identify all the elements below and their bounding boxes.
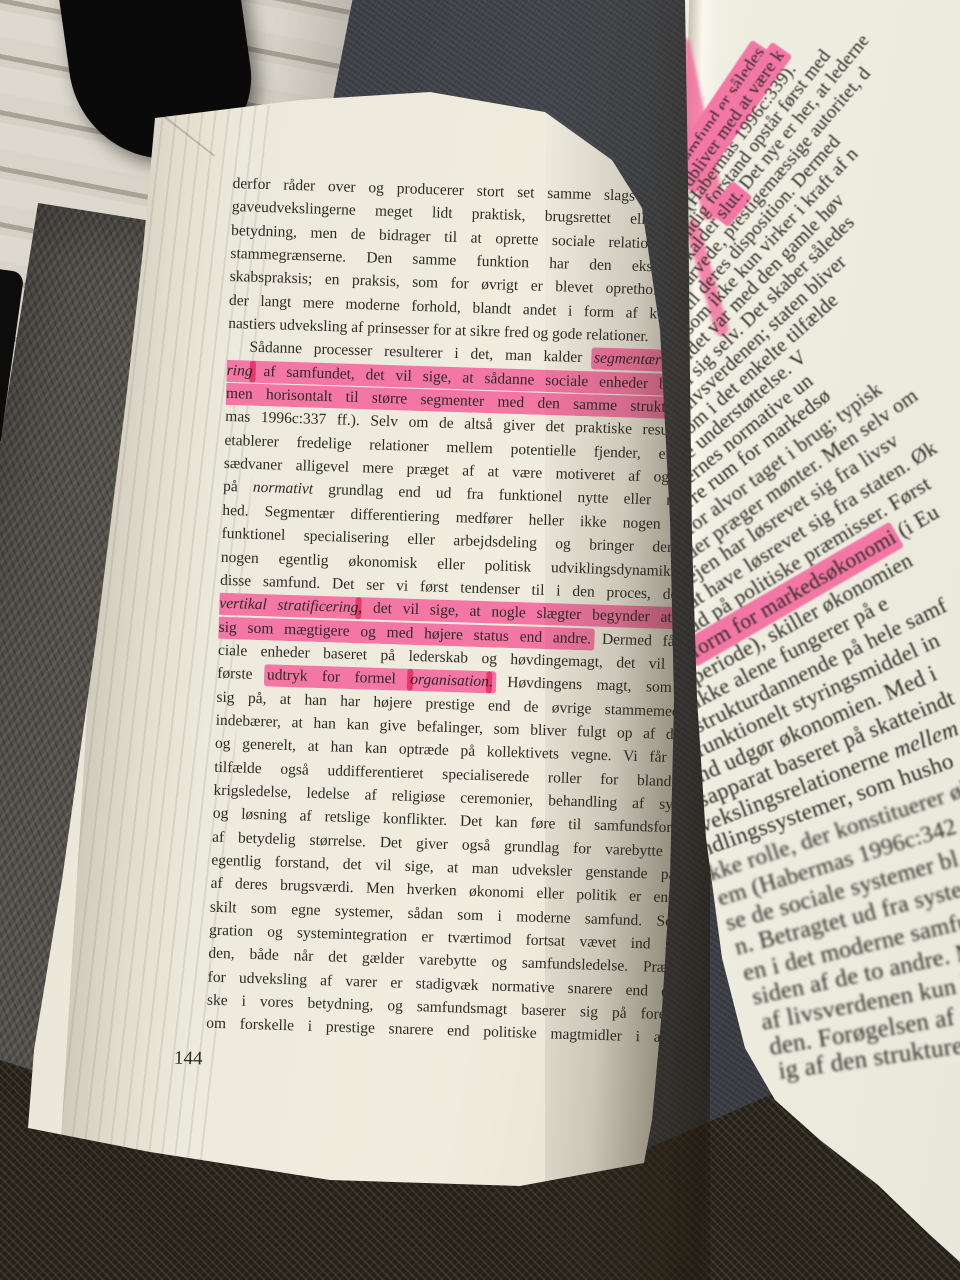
page-number: 144 bbox=[174, 1048, 203, 1071]
book-photo: derfor råder over og producerer stort se… bbox=[0, 0, 960, 1280]
text-segment: normativt bbox=[253, 479, 314, 498]
highlighted-text: . bbox=[486, 671, 497, 693]
text-segment: på bbox=[223, 478, 253, 496]
highlighted-text: organisation bbox=[407, 669, 492, 694]
text-segment: første bbox=[217, 665, 267, 684]
highlighted-text: vertikal stratificering bbox=[219, 593, 362, 620]
